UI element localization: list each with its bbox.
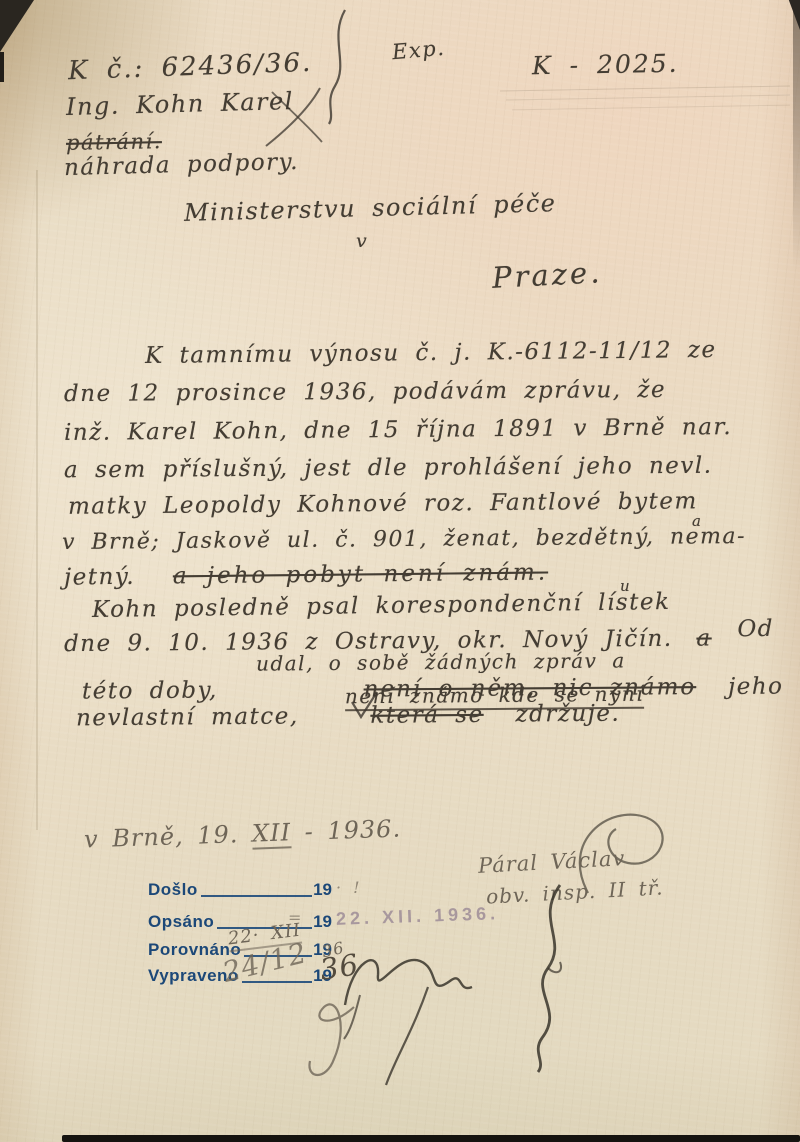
signature-pencil-loop-icon <box>296 995 386 1100</box>
body-line-composite: jetný. a jeho pobyt není znám. <box>64 559 548 590</box>
right-edge-shadow <box>793 0 800 270</box>
doslo-pencil-marks: · ! <box>336 878 361 897</box>
left-edge-mark <box>0 52 4 82</box>
inserted-line: udal, o sobě žádných zpráv a <box>256 648 626 675</box>
stamp-row-doslo: Došlo 19 <box>148 880 332 900</box>
body-segment: nevlastní matce, <box>76 703 299 731</box>
struck-word: pátrání. <box>66 129 162 155</box>
vypraveno-pencil-year: 36 <box>318 947 362 987</box>
exp-note: Exp. <box>391 36 446 65</box>
fold-crease <box>36 170 38 830</box>
signature-tall-stroke-icon <box>490 880 590 1075</box>
addressee-line2: v <box>356 230 368 252</box>
stamp-row-label: Došlo <box>148 880 198 900</box>
body-segment: jeho <box>728 674 784 700</box>
dateline-post: - 1936. <box>291 814 402 846</box>
insert-mark: u <box>620 577 631 595</box>
struck-segment: a jeho pobyt není znám. <box>173 559 549 589</box>
stamp-row-line <box>201 895 312 897</box>
dateline-roman: XII <box>252 818 292 849</box>
body-line: dne 12 prosince 1936, podávám zprávu, že <box>64 377 666 407</box>
stamp-row-year: 19 <box>313 912 332 932</box>
body-segment: jetný. <box>64 564 135 591</box>
body-segment-raised: Od <box>737 616 774 642</box>
body-segment: této doby, <box>82 678 218 705</box>
dateline-pre: v Brně, 19. <box>84 820 253 854</box>
addressee-line3: Praze. <box>491 255 603 295</box>
body-line: matky Leopoldy Kohnové roz. Fantlové byt… <box>68 488 698 519</box>
ref-number: K - 2025. <box>532 49 679 81</box>
struck-segment: která se <box>370 702 483 729</box>
bottom-scan-bar <box>62 1135 800 1142</box>
body-segment: zdržuje. <box>515 701 620 728</box>
insert-mark: a <box>692 512 702 530</box>
name-cross-stroke-icon <box>238 82 338 152</box>
stamp-row-year: 19 <box>313 880 332 900</box>
document-page: K č.: 62436/36. Exp. K - 2025. Ing. Kohn… <box>0 0 800 1142</box>
stamp-row-label: Opsáno <box>148 912 214 932</box>
caret-check-icon <box>348 690 380 720</box>
body-line: a sem příslušný, jest dle prohlášení jeh… <box>64 453 713 484</box>
struck-segment: a <box>696 625 711 651</box>
